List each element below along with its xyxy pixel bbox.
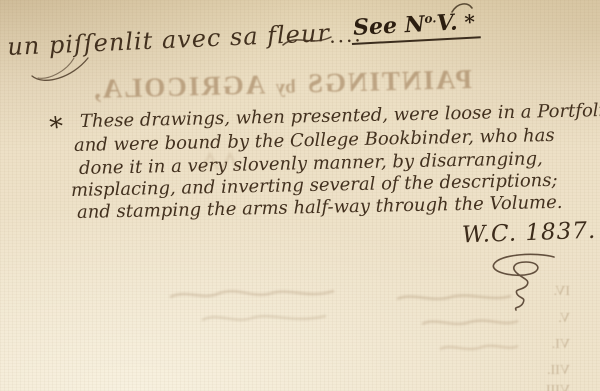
signature: W.C. 1837. — [462, 218, 597, 249]
bleedthrough-title: PAINTINGS by AGRICOLA, — [92, 64, 473, 105]
bleedthrough-numeral: V. — [540, 311, 570, 327]
bleedthrough-script-fragment — [200, 308, 330, 328]
bleedthrough-numeral: VIII. — [540, 383, 570, 391]
bleedthrough-numeral: VI. — [540, 337, 570, 353]
asterisk-marker: * — [48, 111, 66, 144]
bleedthrough-script-fragment — [438, 339, 520, 355]
manuscript-page: un piſſenlit avec sa fleur .... See No.V… — [0, 0, 600, 391]
bleedthrough-script-fragment — [198, 150, 240, 174]
bleedthrough-script-fragment — [420, 313, 520, 331]
pen-swash — [281, 30, 333, 50]
see-reference-text: See N — [352, 11, 425, 41]
bleedthrough-script-fragment — [168, 283, 338, 305]
bleedthrough-numeral: IV. — [540, 284, 570, 300]
bleedthrough-title-word3: AGRICOLA, — [92, 69, 266, 105]
bleedthrough-title-word2: by — [275, 77, 296, 100]
pen-descender-swash — [28, 56, 100, 88]
bleedthrough-script-fragment — [395, 288, 515, 306]
ink-fleck — [450, 0, 474, 14]
bleedthrough-title-word1: PAINTINGS — [306, 64, 473, 99]
see-reference-superscript: o. — [424, 11, 437, 26]
bleedthrough-numeral: VII. — [540, 363, 570, 379]
